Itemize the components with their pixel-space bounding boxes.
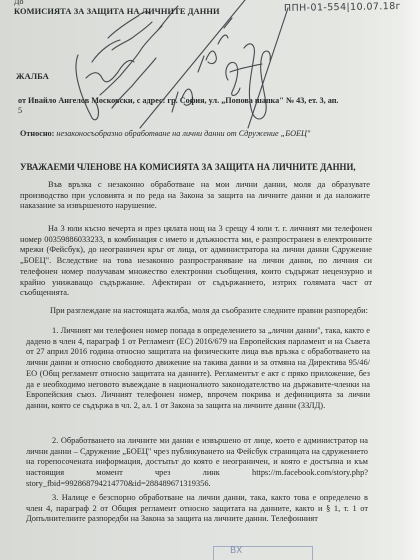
paragraph-point-3: 3. Налице е безспорно обработване на лич… [26,493,368,525]
stamp-text: ВХ [230,546,242,556]
paragraph-point-1: 1. Личният ми телефонен номер попада в о… [26,326,370,412]
subject-label: Относно: [20,129,54,138]
greeting-heading: УВАЖАЕМИ ЧЛЕНОВЕ НА КОМИСИЯТА ЗА ЗАЩИТА … [20,162,356,173]
document-title: ЖАЛБА [16,71,49,82]
sender-line-continued: 5 [18,105,22,116]
registry-stamp [213,546,313,560]
subject-line: Относно: незаконосъобразно обработване н… [20,128,310,139]
sender-line: от Ивайло Ангелов Московски, с адрес: гр… [18,95,338,106]
scanned-document-page: До КОМИСИЯТА ЗА ЗАЩИТА НА ЛИЧНИТЕ ДАННИ … [0,0,420,560]
page-edge-shadow [400,0,420,560]
paragraph-point-2: 2. Обработването на личните ми данни е и… [26,436,368,490]
paragraph-facts: На 3 юли късно вечерта и през цялата нощ… [20,224,372,299]
subject-text: незаконосъобразно обработване на лични д… [56,129,310,138]
sender-text: от Ивайло Ангелов Московски, с адрес: гр… [18,96,338,105]
paragraph-legal-intro: При разглеждане на настоящата жалба, мол… [22,306,370,317]
addressee-heading: КОМИСИЯТА ЗА ЗАЩИТА НА ЛИЧНИТЕ ДАННИ [14,6,220,17]
paragraph-request: Във връзка с незаконно обработване на мо… [20,180,370,212]
registration-number-handwritten: ППН-01-554|10.07.18г [284,1,401,14]
